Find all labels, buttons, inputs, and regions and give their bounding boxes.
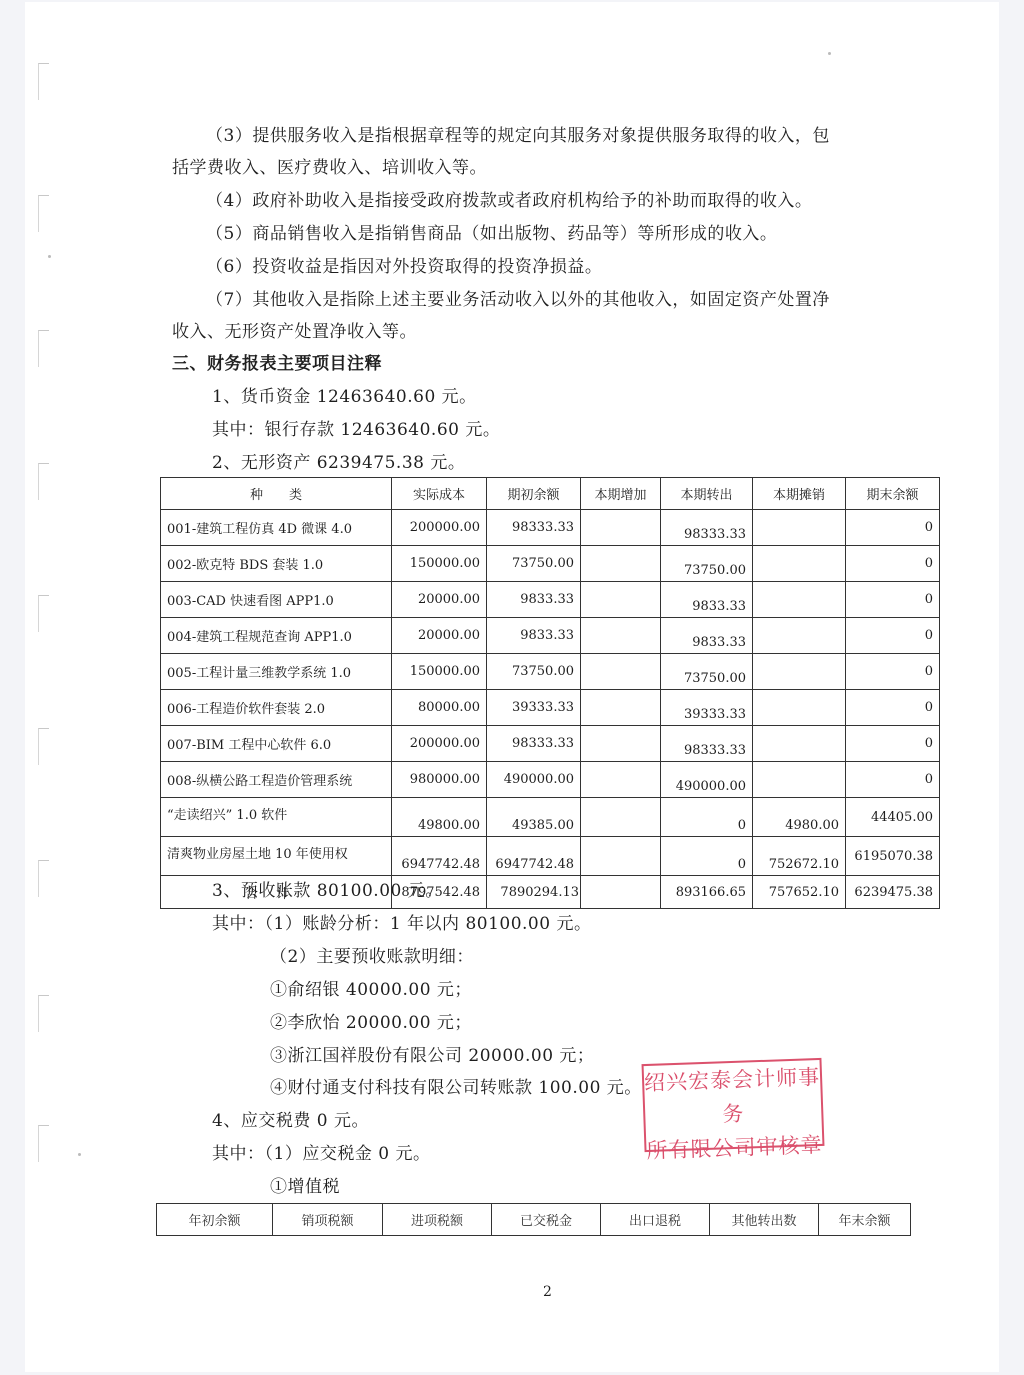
item-3-detail-2: ②李欣怡 20000.00 元；	[270, 1012, 472, 1034]
item-4-vat-label: ①增值税	[270, 1176, 340, 1198]
header-amortization: 本期摊销	[753, 478, 846, 510]
cell-amort: 4980.00	[753, 798, 846, 837]
item-1-bank-deposit: 其中：银行存款 12463640.60 元。	[212, 419, 500, 441]
header-actual-cost: 实际成本	[392, 478, 487, 510]
paragraph-7-line1: （7）其他收入是指除上述主要业务活动收入以外的其他收入，如固定资产处置净	[206, 289, 830, 311]
header-closing-balance: 期末余额	[846, 478, 940, 510]
cell-cost: 20000.00	[392, 582, 487, 618]
paragraph-3-line2: 括学费收入、医疗费收入、培训收入等。	[172, 157, 487, 179]
cell-amort	[753, 726, 846, 762]
vat-header-export-refund: 出口退税	[601, 1204, 710, 1236]
item-3-detail-1: ①俞绍银 40000.00 元；	[270, 979, 472, 1001]
cell-transfer: 490000.00	[661, 762, 753, 798]
intangible-assets-table: 种 类 实际成本 期初余额 本期增加 本期转出 本期摊销 期末余额 001-建筑…	[160, 477, 940, 909]
paragraph-5: （5）商品销售收入是指销售商品（如出版物、药品等）等所形成的收入。	[206, 223, 777, 245]
cell-opening: 9833.33	[487, 582, 581, 618]
binding-mark	[38, 463, 49, 500]
vat-table: 年初余额 销项税额 进项税额 已交税金 出口退税 其他转出数 年末余额	[156, 1203, 911, 1236]
item-3-detail-4: ④财付通支付科技有限公司转账款 100.00 元。	[270, 1077, 642, 1099]
paragraph-3-line1: （3）提供服务收入是指根据章程等的规定向其服务对象提供服务取得的收入，包	[206, 125, 830, 147]
cell-closing: 0	[846, 618, 940, 654]
speck	[78, 1153, 81, 1156]
cell-closing: 0	[846, 726, 940, 762]
vat-header-opening: 年初余额	[157, 1204, 273, 1236]
table-row: “走读绍兴” 1.0 软件 49800.00 49385.00 0 4980.0…	[161, 798, 940, 837]
cell-opening: 39333.33	[487, 690, 581, 726]
cell-name: “走读绍兴” 1.0 软件	[161, 798, 392, 837]
cell-name: 003-CAD 快速看图 APP1.0	[161, 582, 392, 618]
cell-cost: 49800.00	[392, 798, 487, 837]
vat-header-output-tax: 销项税额	[273, 1204, 383, 1236]
paragraph-6: （6）投资收益是指因对外投资取得的投资净损益。	[206, 256, 602, 278]
cell-amort	[753, 690, 846, 726]
cell-name: 006-工程造价软件套装 2.0	[161, 690, 392, 726]
cell-transfer: 0	[661, 837, 753, 876]
cell-increase	[581, 618, 661, 654]
table-row: 003-CAD 快速看图 APP1.0 20000.00 9833.33 983…	[161, 582, 940, 618]
cell-total-opening: 7890294.13	[487, 876, 581, 909]
header-transfer-out: 本期转出	[661, 478, 753, 510]
speck	[48, 255, 51, 258]
item-3-aging: 其中：（1）账龄分析：1 年以内 80100.00 元。	[212, 913, 591, 935]
table-row: 001-建筑工程仿真 4D 微课 4.0 200000.00 98333.33 …	[161, 510, 940, 546]
header-increase: 本期增加	[581, 478, 661, 510]
cell-name: 002-欧克特 BDS 套装 1.0	[161, 546, 392, 582]
cell-closing: 0	[846, 690, 940, 726]
table-row: 清爽物业房屋土地 10 年使用权 6947742.48 6947742.48 0…	[161, 837, 940, 876]
cell-cost: 80000.00	[392, 690, 487, 726]
paragraph-4: （4）政府补助收入是指接受政府拨款或者政府机构给予的补助而取得的收入。	[206, 190, 812, 212]
stamp-line-2: 所有限公司审核章	[646, 1128, 823, 1168]
item-2-intangible-assets: 2、无形资产 6239475.38 元。	[212, 452, 465, 474]
cell-closing: 0	[846, 762, 940, 798]
table-row: 005-工程计量三维教学系统 1.0 150000.00 73750.00 73…	[161, 654, 940, 690]
page-number: 2	[543, 1284, 552, 1300]
vat-header-row: 年初余额 销项税额 进项税额 已交税金 出口退税 其他转出数 年末余额	[157, 1204, 911, 1236]
cell-closing: 0	[846, 510, 940, 546]
cell-cost: 150000.00	[392, 546, 487, 582]
vat-header-closing: 年末余额	[819, 1204, 911, 1236]
cell-total-closing: 6239475.38	[846, 876, 940, 909]
binding-mark	[38, 1125, 49, 1162]
cell-increase	[581, 762, 661, 798]
cell-cost: 200000.00	[392, 510, 487, 546]
audit-stamp: 绍兴宏泰会计师事务 所有限公司审核章	[642, 1058, 825, 1152]
cell-opening: 98333.33	[487, 510, 581, 546]
cell-opening: 73750.00	[487, 546, 581, 582]
cell-transfer: 9833.33	[661, 618, 753, 654]
item-4-taxes-payable: 4、应交税费 0 元。	[212, 1110, 369, 1132]
section-title: 三、财务报表主要项目注释	[172, 353, 382, 375]
vat-header-input-tax: 进项税额	[383, 1204, 492, 1236]
header-category: 种 类	[161, 478, 392, 510]
cell-amort	[753, 510, 846, 546]
cell-name: 001-建筑工程仿真 4D 微课 4.0	[161, 510, 392, 546]
table-header-row: 种 类 实际成本 期初余额 本期增加 本期转出 本期摊销 期末余额	[161, 478, 940, 510]
cell-transfer: 0	[661, 798, 753, 837]
cell-cost: 150000.00	[392, 654, 487, 690]
cell-increase	[581, 546, 661, 582]
cell-name: 007-BIM 工程中心软件 6.0	[161, 726, 392, 762]
table-row: 006-工程造价软件套装 2.0 80000.00 39333.33 39333…	[161, 690, 940, 726]
item-3-detail-heading: （2）主要预收账款明细：	[270, 946, 474, 968]
cell-transfer: 39333.33	[661, 690, 753, 726]
cell-cost: 200000.00	[392, 726, 487, 762]
cell-amort: 752672.10	[753, 837, 846, 876]
binding-mark	[38, 595, 49, 632]
cell-closing: 0	[846, 654, 940, 690]
cell-opening: 98333.33	[487, 726, 581, 762]
cell-opening: 73750.00	[487, 654, 581, 690]
item-1-cash: 1、货币资金 12463640.60 元。	[212, 386, 477, 408]
cell-opening: 9833.33	[487, 618, 581, 654]
cell-transfer: 73750.00	[661, 546, 753, 582]
cell-amort	[753, 618, 846, 654]
cell-amort	[753, 546, 846, 582]
table-row: 004-建筑工程规范查询 APP1.0 20000.00 9833.33 983…	[161, 618, 940, 654]
cell-amort	[753, 762, 846, 798]
cell-increase	[581, 798, 661, 837]
item-4-tax-sub: 其中：（1）应交税金 0 元。	[212, 1143, 430, 1165]
binding-mark	[38, 330, 49, 367]
cell-cost: 6947742.48	[392, 837, 487, 876]
binding-mark	[38, 728, 49, 765]
cell-opening: 490000.00	[487, 762, 581, 798]
header-opening-balance: 期初余额	[487, 478, 581, 510]
cell-name: 008-纵横公路工程造价管理系统	[161, 762, 392, 798]
cell-closing: 6195070.38	[846, 837, 940, 876]
cell-cost: 20000.00	[392, 618, 487, 654]
paragraph-7-line2: 收入、无形资产处置净收入等。	[172, 321, 417, 343]
table-row: 002-欧克特 BDS 套装 1.0 150000.00 73750.00 73…	[161, 546, 940, 582]
cell-opening: 6947742.48	[487, 837, 581, 876]
cell-increase	[581, 726, 661, 762]
binding-mark	[38, 995, 49, 1032]
cell-opening: 49385.00	[487, 798, 581, 837]
vat-header-other-transfer: 其他转出数	[710, 1204, 819, 1236]
table-row: 008-纵横公路工程造价管理系统 980000.00 490000.00 490…	[161, 762, 940, 798]
cell-cost: 980000.00	[392, 762, 487, 798]
cell-increase	[581, 837, 661, 876]
cell-name: 005-工程计量三维教学系统 1.0	[161, 654, 392, 690]
cell-transfer: 73750.00	[661, 654, 753, 690]
cell-increase	[581, 690, 661, 726]
cell-total-increase	[581, 876, 661, 909]
vat-header-paid-tax: 已交税金	[492, 1204, 601, 1236]
cell-amort	[753, 654, 846, 690]
cell-closing: 0	[846, 582, 940, 618]
binding-mark	[38, 860, 49, 897]
cell-closing: 44405.00	[846, 798, 940, 837]
item-3-advance-receipts: 3、预收账款 80100.00 元。	[212, 880, 443, 902]
cell-total-amort: 757652.10	[753, 876, 846, 909]
cell-increase	[581, 654, 661, 690]
cell-closing: 0	[846, 546, 940, 582]
table-row: 007-BIM 工程中心软件 6.0 200000.00 98333.33 98…	[161, 726, 940, 762]
cell-total-transfer: 893166.65	[661, 876, 753, 909]
cell-name: 004-建筑工程规范查询 APP1.0	[161, 618, 392, 654]
cell-increase	[581, 582, 661, 618]
cell-amort	[753, 582, 846, 618]
binding-mark	[38, 195, 49, 232]
cell-transfer: 98333.33	[661, 510, 753, 546]
speck	[828, 52, 831, 55]
cell-increase	[581, 510, 661, 546]
cell-transfer: 9833.33	[661, 582, 753, 618]
stamp-line-1: 绍兴宏泰会计师事务	[644, 1060, 822, 1134]
cell-transfer: 98333.33	[661, 726, 753, 762]
item-3-detail-3: ③浙江国祥股份有限公司 20000.00 元；	[270, 1045, 594, 1067]
binding-mark	[38, 63, 49, 100]
cell-name: 清爽物业房屋土地 10 年使用权	[161, 837, 392, 876]
